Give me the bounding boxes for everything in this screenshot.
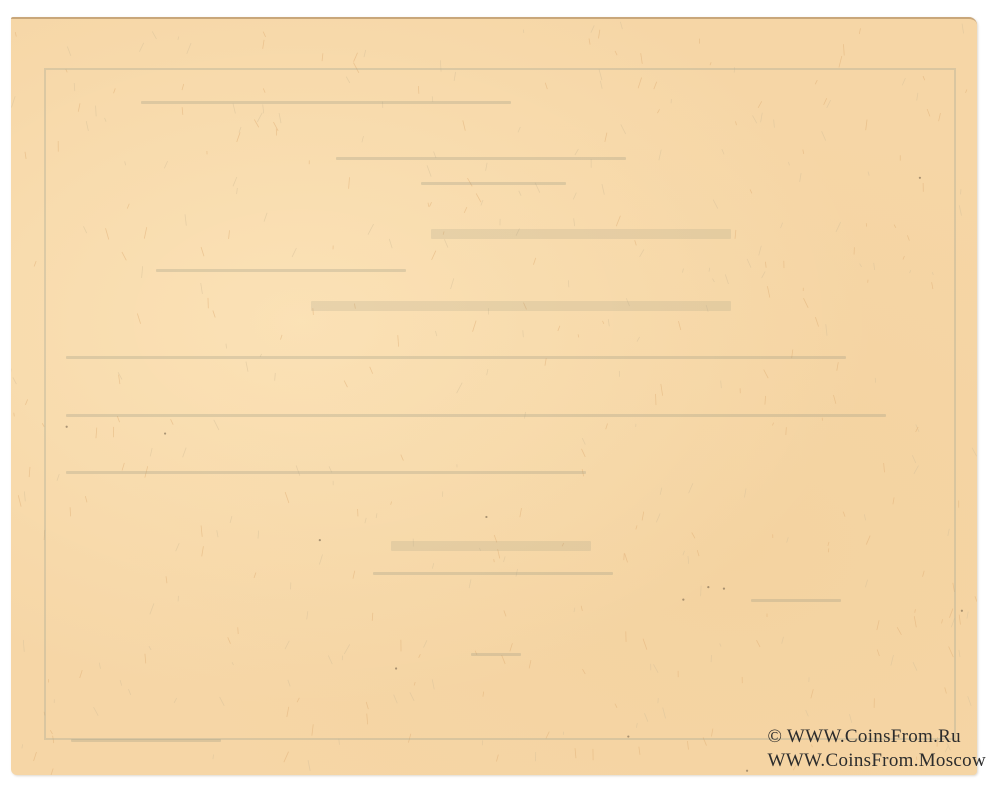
- paper-document: [11, 17, 977, 775]
- scan-canvas: © WWW.CoinsFrom.Ru WWW.CoinsFrom.Moscow: [0, 0, 1000, 785]
- ghost-line: [66, 471, 586, 474]
- ghost-line: [751, 599, 841, 602]
- printed-border-frame: [44, 68, 956, 740]
- ghost-line: [336, 157, 626, 160]
- ghost-line: [66, 414, 886, 417]
- ghost-title-line: [431, 229, 731, 239]
- watermark-line-1: © WWW.CoinsFrom.Ru: [767, 725, 986, 749]
- ghost-line: [156, 269, 406, 272]
- ghost-line: [66, 356, 846, 359]
- ghost-line: [471, 653, 521, 656]
- watermark-line-2: WWW.CoinsFrom.Moscow: [767, 749, 986, 773]
- ghost-amount-line: [391, 541, 591, 551]
- ghost-line: [373, 572, 613, 575]
- ghost-line: [421, 182, 566, 185]
- ghost-footer-line: [71, 739, 221, 742]
- watermark: © WWW.CoinsFrom.Ru WWW.CoinsFrom.Moscow: [767, 725, 986, 773]
- ghost-header-line: [141, 101, 511, 104]
- ghost-subtitle-line: [311, 301, 731, 311]
